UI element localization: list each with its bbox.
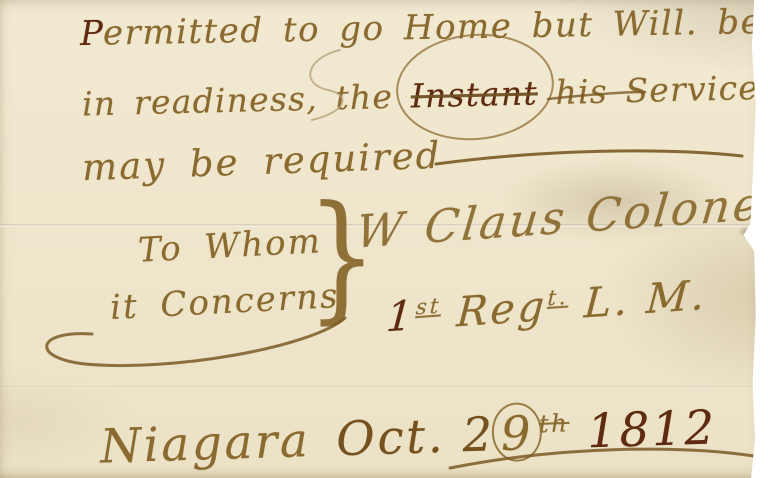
- scan-background: Permitted to go Home but Will. be in rea…: [0, 0, 768, 478]
- dateline-day-circled: 9: [491, 402, 543, 463]
- regiment-word: Reg: [439, 282, 549, 338]
- address-underflourish: [47, 318, 345, 366]
- signature-name: W Claus Colonel.: [354, 174, 768, 258]
- dateline-year: 1812: [586, 400, 717, 459]
- address-line-to-whom: To Whom: [137, 221, 323, 271]
- line1-lead-letter: P: [80, 14, 104, 54]
- line-permitted: Permitted to go Home but Will. be: [80, 2, 763, 54]
- required-trailing-dash: [436, 151, 742, 164]
- line-required: may be required: [81, 134, 442, 190]
- line2-post-text: his Services: [537, 68, 768, 113]
- regiment-word-superscript: t.: [547, 285, 570, 312]
- manuscript-paper: Permitted to go Home but Will. be in rea…: [0, 0, 768, 478]
- dateline-day-superscript: th: [538, 408, 569, 438]
- dateline: NiagaraOct. 29th 1812: [99, 400, 717, 474]
- dateline-place: Niagara: [99, 413, 311, 475]
- regiment-militia-initials: L. M.: [567, 271, 709, 329]
- line2-pre-text: in readiness, the: [82, 76, 412, 123]
- address-line-it-concerns: it Concerns: [109, 276, 340, 328]
- signature-regiment: 1st Regt. L. M.: [385, 271, 709, 342]
- regiment-number: 1: [385, 291, 417, 341]
- dateline-gap: [311, 455, 337, 456]
- regiment-number-superscript: st: [415, 294, 442, 321]
- dateline-month: Oct. 2: [335, 407, 495, 467]
- line3-text: may be required: [81, 134, 442, 190]
- fold-crease-lower: [0, 386, 754, 390]
